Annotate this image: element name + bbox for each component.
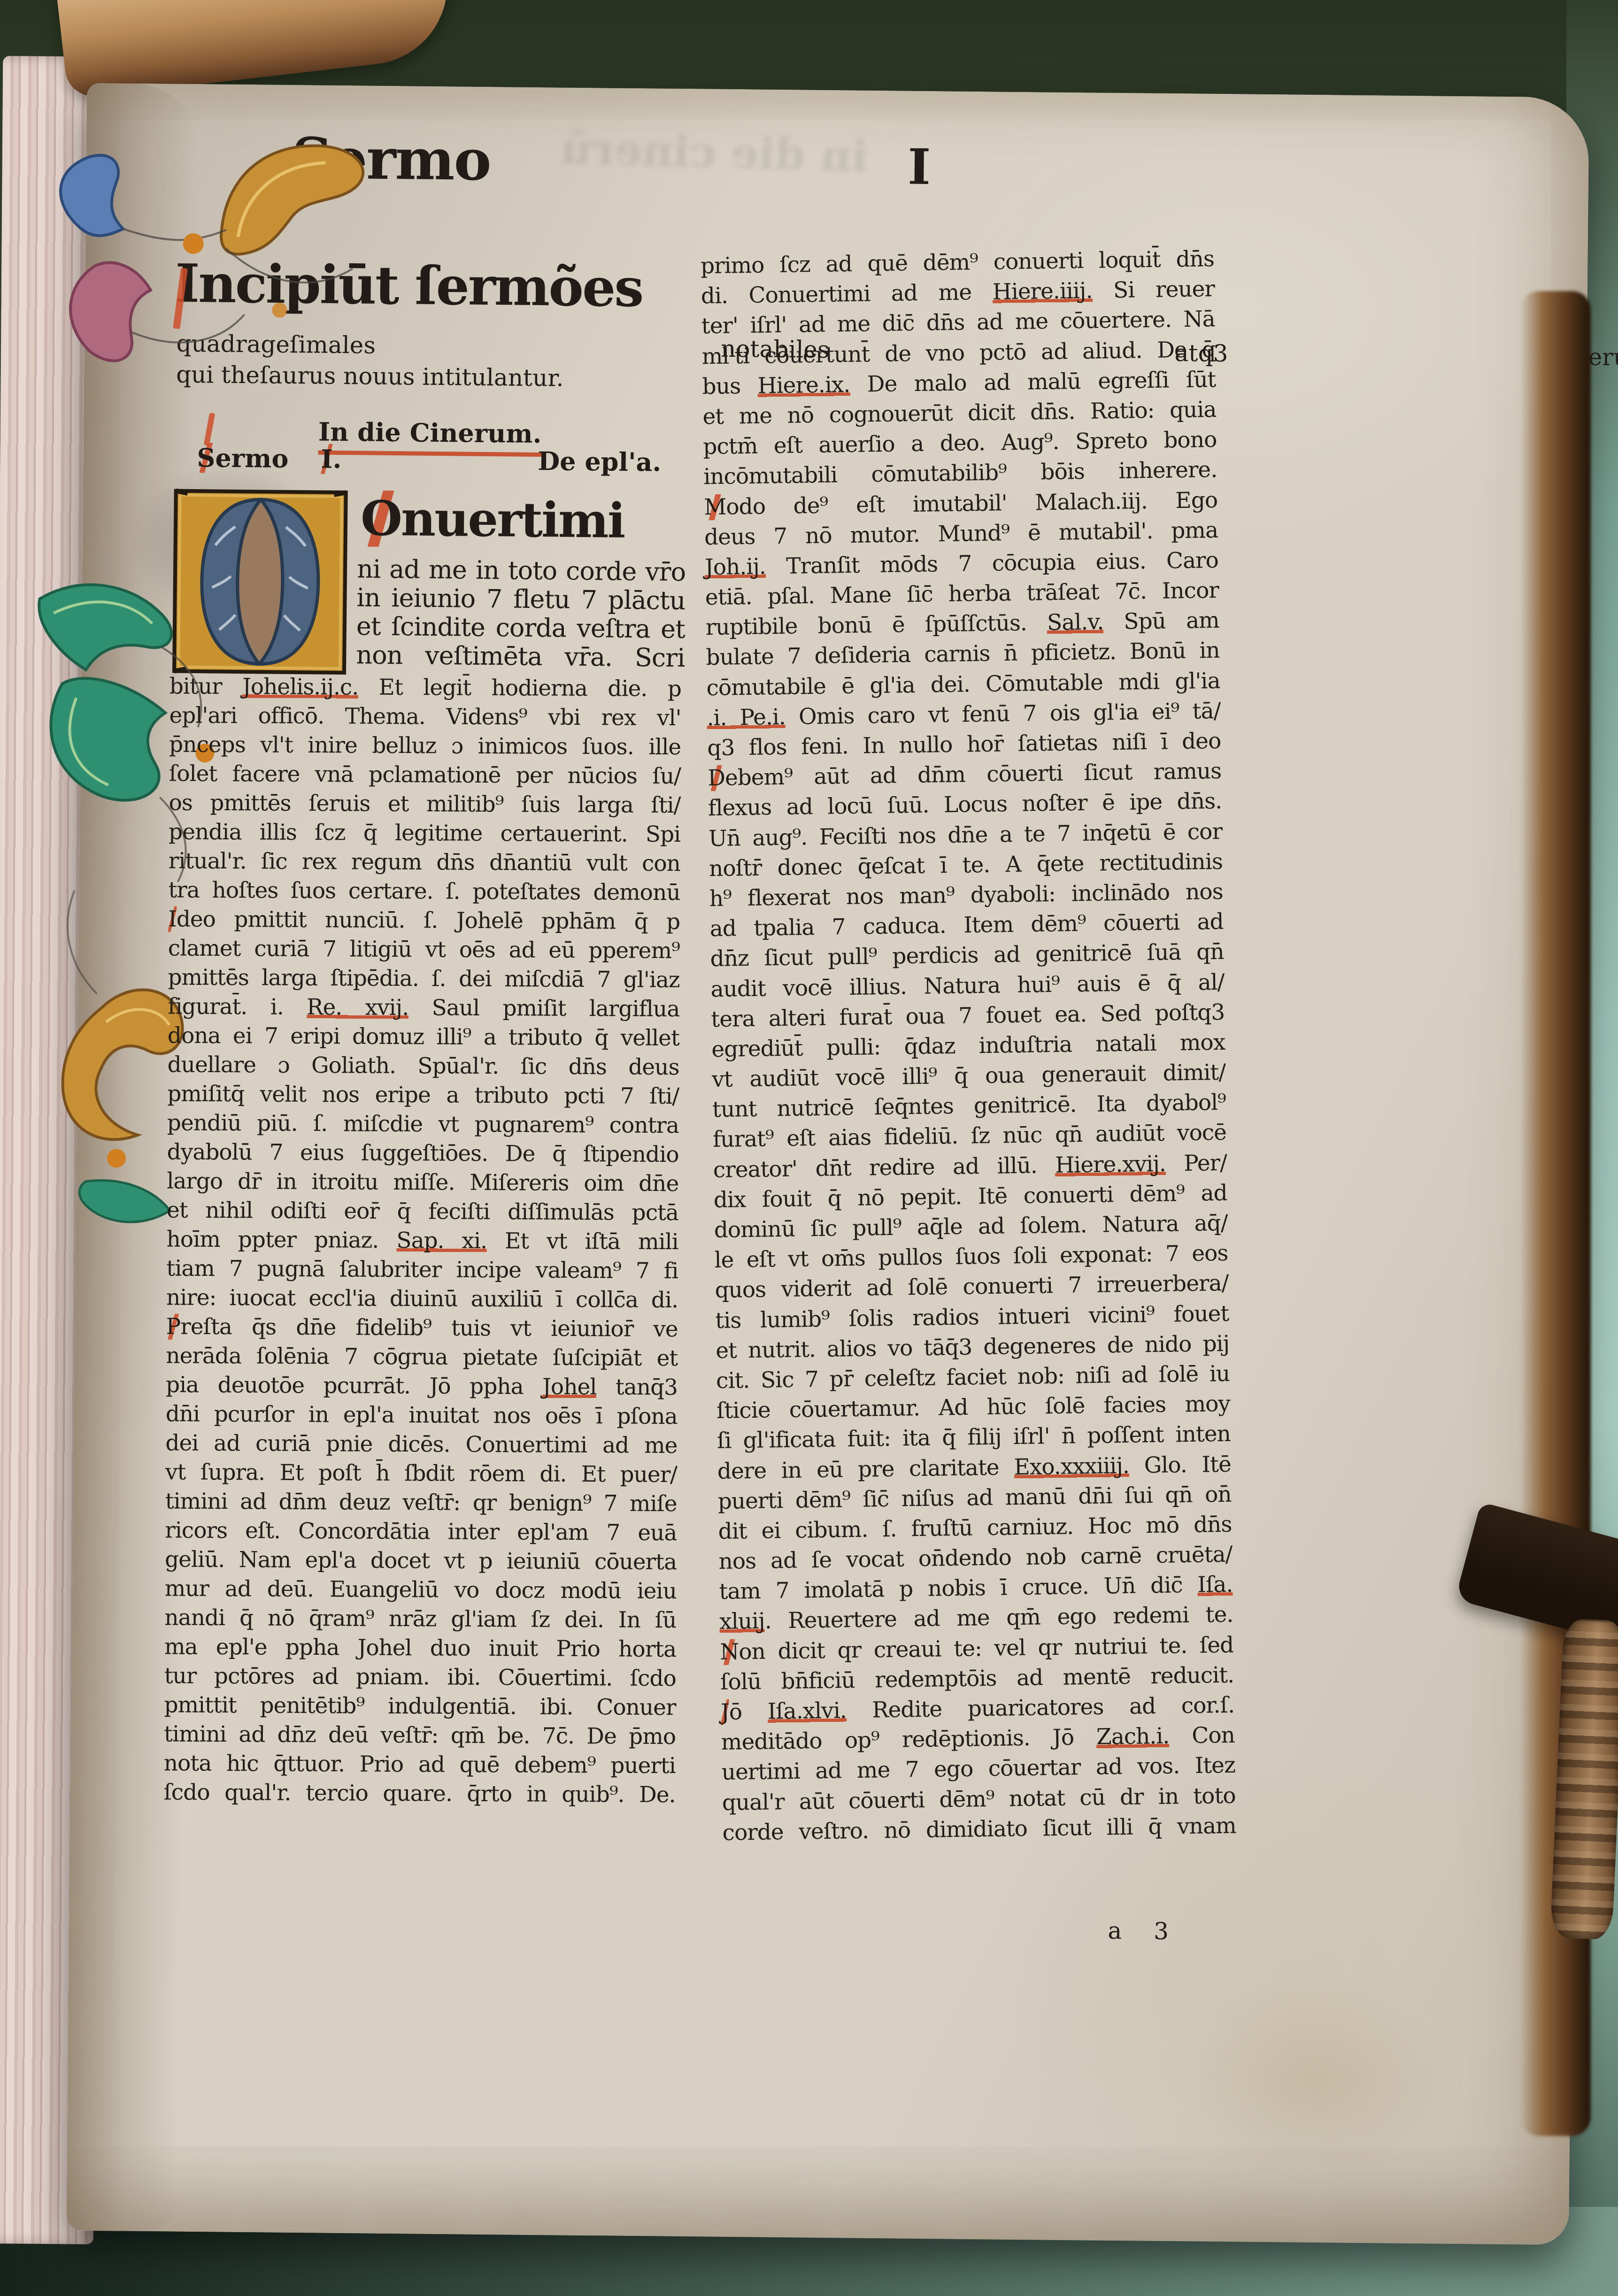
text-line: timini ad dn̄z deū veſtr̄: qm̄ be. 7c̄. …: [164, 1721, 676, 1753]
de-epistola-label: De epl'a.: [538, 446, 662, 477]
text-line: geliū. Nam epl'a docet vt p ieiuniū cōue…: [165, 1546, 677, 1578]
text-column-right: primo ſcz ad quē dēm⁹ conuerti loquit̄ d…: [701, 246, 1236, 1850]
text-line: nandi q̄ nō q̄ram⁹ nrāz gl'iam ſz dei. I…: [164, 1605, 676, 1636]
sermo-label: Sermo: [197, 443, 289, 474]
text-line: Preſta q̄s dn̄e fidelib⁹ tuis vt ieiunio…: [166, 1313, 678, 1345]
text-line: I.: [321, 444, 342, 474]
text-line: figurat̄. i. Re. xvij. Saul pmiſit largi…: [168, 993, 679, 1025]
text-line: dei ad curiā pnie dicēs. Conuertimi ad m…: [165, 1430, 677, 1462]
text-line: clamet curiā 7 litigiū vt oēs ad eū pper…: [168, 935, 680, 967]
text-line: tur pctōres ad pniam. ibi. Cōuertimi. ſc…: [164, 1663, 676, 1695]
text-line: timini ad dn̄m deuz veſtr̄: qr benign⁹ 7…: [165, 1488, 677, 1520]
text-line: Ideo pmittit nunciū. ſ. Johelē pphām q̄ …: [168, 906, 680, 938]
text-line: De epl'a.: [538, 446, 662, 477]
text-line: dona ei 7 eripi domuz illi⁹ a tributo q̄…: [168, 1022, 679, 1054]
text-line: nire: iuocat eccl'ia diuinū auxiliū ī co…: [166, 1284, 678, 1316]
incipit-opening-lines: ni ad me in toto corde vr̄oin ieiunio 7 …: [356, 554, 686, 672]
text-line: ni ad me in toto corde vr̄o: [357, 554, 686, 586]
quire-signature: a 3: [1108, 1917, 1181, 1945]
text-line: bitur Johelis.ij.c. Et legit̄ hodierna d…: [170, 673, 681, 705]
text-line: non veſtimēta vr̄a. Scri: [356, 640, 685, 672]
text-line: pmiſitq̄ velit nos eripe a tributo pcti …: [167, 1081, 679, 1113]
text-line: ricors eſt. Concordātia inter epl'am 7 e…: [165, 1517, 677, 1549]
photo-of-incunabulum-page: in die cinerū Sermo I Incipiūt ſermões q…: [0, 0, 1618, 2296]
text-line: dn̄i pcurſor in epl'a inuitat nos oēs ī …: [166, 1401, 678, 1433]
text-line: pendiū piū. ſ. miſcdie vt pugnarem⁹ cont…: [167, 1110, 679, 1142]
text-line: et ſcindite corda veſtra et: [356, 611, 686, 643]
text-line: pendia illis ſcz q̄ legitime certauerint…: [169, 819, 680, 851]
feast-rubric: In die Cinerum.: [318, 417, 542, 449]
text-line: ritual'r. ſic rex regum dn̄s dn̄antiū vu…: [169, 848, 680, 880]
text-line: ſcdo qual'r. tercio quare. q̄rto in quib…: [163, 1779, 675, 1811]
text-line: ſolet facere vnā pclamationē per nūcios …: [169, 760, 681, 792]
feast-text: In die Cinerum.: [318, 417, 541, 457]
text-line: epl'ari officō. Thema. Videns⁹ vbi rex v…: [169, 702, 681, 734]
text-line: pia deuotōe pcurrāt. Jō ppha Johel tanq̄…: [166, 1372, 678, 1404]
text-line: largo dr̄ in itroitu miſſe. Miſereris oi…: [167, 1168, 678, 1200]
text-line: ma epl'e ppha Johel duo inuit Prio horta: [164, 1634, 676, 1666]
show-through-text: in die cinerū: [510, 122, 869, 182]
text-column-left: bitur Johelis.ij.c. Et legit̄ hodierna d…: [163, 673, 681, 1811]
marginal-flourish-top-left: [23, 87, 383, 391]
text-line: mur ad deū. Euangeliū vo docz modū ieiu: [165, 1575, 677, 1607]
text-line: vt ſupra. Et poſt h̄ ſbdit rōem di. Et p…: [165, 1459, 677, 1491]
text-line: hoīm ppter pniaz. Sap. xi. Et vt iſtā mi…: [166, 1226, 678, 1258]
text-line: os pmittēs ſeruis et militib⁹ ſuis larga…: [169, 790, 680, 822]
text-line: nota hic q̄ttuor. Prio ad quē debem⁹ pue…: [164, 1750, 676, 1782]
text-line: nerāda ſolēnia 7 cōgrua pietate ſuſcipiā…: [166, 1343, 678, 1375]
text-line: tra hoſtes ſuos certare. ſ. poteſtates d…: [168, 877, 680, 909]
sermo-number: I.: [321, 444, 342, 474]
folio-number: I: [908, 138, 930, 196]
text-line: dyabolū 7 eius ſuggeſtiōes. De q̄ ſtipen…: [167, 1139, 678, 1171]
text-line: et nihil odiſti eor̄ q̄ feciſti diſſimul…: [167, 1197, 678, 1229]
text-line: in ieiunio 7 fletu 7 plāctu: [356, 583, 686, 614]
text-line: pmittēs larga ſtipēdia. ſ. dei miſcdiā 7…: [168, 964, 679, 996]
paper-stain: [1137, 1947, 1496, 2213]
text-line: pmittit penitētib⁹ indulgentiā. ibi. Con…: [164, 1692, 676, 1724]
text-line: tiam 7 pugnā ſalubriter incipe valeam⁹ 7…: [166, 1255, 678, 1287]
text-line: duellare ɔ Goliath. Spūal'r. ſic dn̄s de…: [167, 1052, 679, 1083]
text-line: Sermo: [197, 443, 289, 474]
text-line: p̄nceps vl't inire belluz ɔ inimicos ſuo…: [169, 731, 681, 763]
book-page: in die cinerū Sermo I Incipiūt ſermões q…: [66, 83, 1589, 2245]
